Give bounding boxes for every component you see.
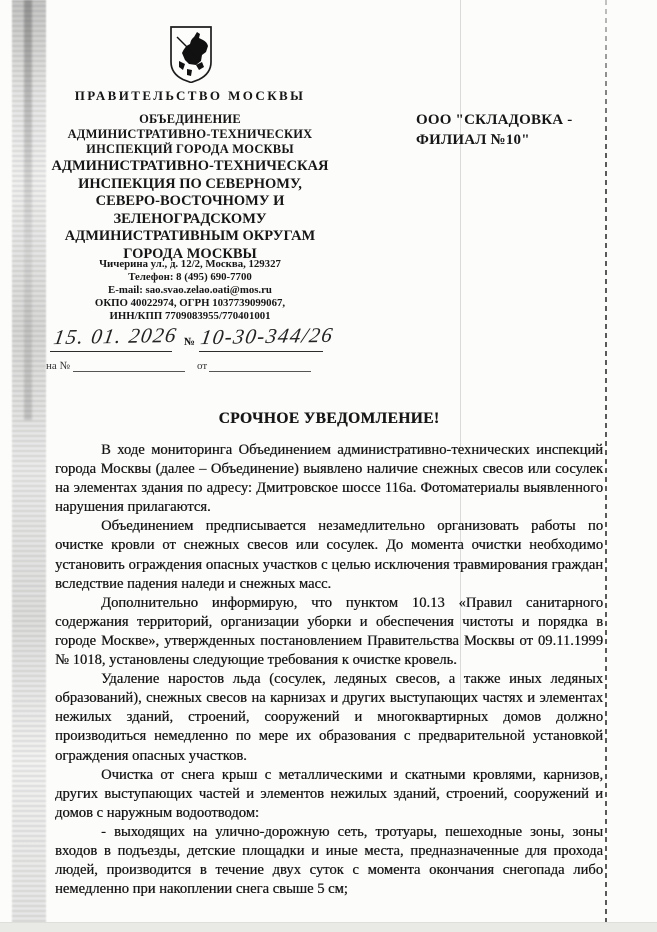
inspection-name-line: ИНСПЕКЦИЯ ПО СЕВЕРНОМУ, (40, 176, 340, 194)
paragraph-roof-cleaning: Очистка от снега крыш с металлическими и… (55, 766, 603, 823)
handwritten-number-field: 10-30-344/26 (199, 324, 323, 352)
handwritten-date: 15. 01. 2026 (52, 323, 179, 350)
org-name-block: ОБЪЕДИНЕНИЕ АДМИНИСТРАТИВНО-ТЕХНИЧЕСКИХ … (40, 112, 340, 157)
scan-artifact-dashed-line (605, 0, 607, 932)
inspection-name-line: СЕВЕРО-ВОСТОЧНОМУ И (40, 193, 340, 211)
handwritten-date-field: 15. 01. 2026 (50, 324, 172, 352)
inspection-name-line: ЗЕЛЕНОГРАДСКОМУ (40, 211, 340, 229)
contact-okpo-ogrn: ОКПО 40022974, ОГРН 1037739099067, (40, 297, 340, 310)
ot-label: от (197, 360, 207, 372)
na-number-label: на № (46, 360, 70, 372)
ot-blank-line (209, 360, 311, 372)
document-title: СРОЧНОЕ УВЕДОМЛЕНИЕ! (55, 410, 603, 428)
org-name-line: ИНСПЕКЦИЙ ГОРОДА МОСКВЫ (40, 142, 340, 157)
org-name-line: ОБЪЕДИНЕНИЕ (40, 112, 340, 127)
contact-info-block: Чичерина ул., д. 12/2, Москва, 129327 Те… (40, 258, 340, 323)
na-number-blank-line (73, 360, 185, 372)
inspection-name-line: АДМИНИСТРАТИВНЫМ ОКРУГАМ (40, 228, 340, 246)
scanned-letter-page: ПРАВИТЕЛЬСТВО МОСКВЫ ОБЪЕДИНЕНИЕ АДМИНИС… (0, 0, 657, 932)
org-name-line: АДМИНИСТРАТИВНО-ТЕХНИЧЕСКИХ (40, 127, 340, 142)
recipient-line: ООО "СКЛАДОВКА - (416, 110, 596, 130)
reply-reference-row: на № от (46, 360, 366, 372)
government-title: ПРАВИТЕЛЬСТВО МОСКВЫ (40, 88, 340, 104)
recipient-line: ФИЛИАЛ №10" (416, 130, 596, 150)
contact-address: Чичерина ул., д. 12/2, Москва, 129327 (40, 258, 340, 271)
document-body: В ходе мониторинга Объединением админист… (55, 441, 603, 899)
paragraph-rules-reference: Дополнительно информирую, что пунктом 10… (55, 594, 603, 670)
moscow-coat-of-arms-icon (169, 25, 213, 83)
date-number-row: 15. 01. 2026 № 10-30-344/26 (50, 324, 350, 352)
scan-artifact-bottom-strip (0, 922, 657, 932)
paragraph-timing-requirements: - выходящих на улично-дорожную сеть, тро… (55, 823, 603, 899)
paragraph-prescription: Объединением предписывается незамедлител… (55, 517, 603, 593)
inspection-name-line: АДМИНИСТРАТИВНО-ТЕХНИЧЕСКАЯ (40, 158, 340, 176)
contact-inn-kpp: ИНН/КПП 7709083955/770401001 (40, 310, 340, 323)
inspection-name-block: АДМИНИСТРАТИВНО-ТЕХНИЧЕСКАЯ ИНСПЕКЦИЯ ПО… (40, 158, 340, 263)
contact-email: E-mail: sao.svao.zelao.oati@mos.ru (40, 284, 340, 297)
paragraph-monitoring: В ходе мониторинга Объединением админист… (55, 441, 603, 517)
recipient-block: ООО "СКЛАДОВКА - ФИЛИАЛ №10" (416, 110, 596, 150)
handwritten-number: 10-30-344/26 (199, 323, 336, 350)
contact-phone: Телефон: 8 (495) 690-7700 (40, 271, 340, 284)
scan-artifact-left-streak (24, 0, 32, 420)
paragraph-ice-removal: Удаление наростов льда (сосулек, ледяных… (55, 670, 603, 765)
